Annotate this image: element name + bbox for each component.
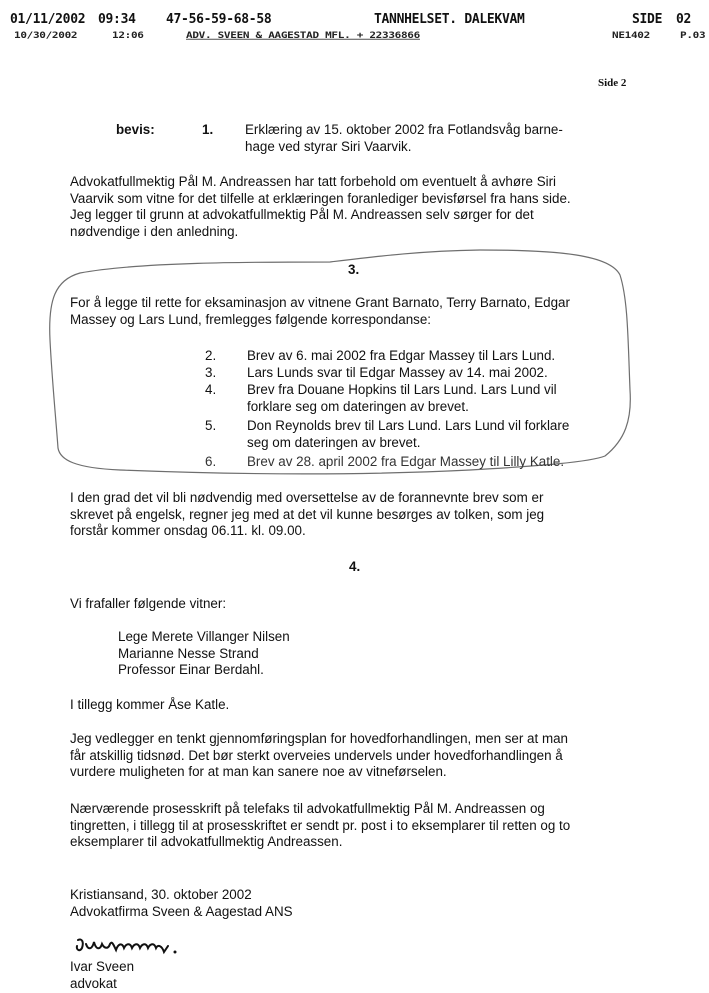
section-3-intro: For å legge til rette for eksaminasjon a… [70,295,670,328]
signatory-title: advokat [70,976,670,993]
list-item-number: 4. [205,382,245,399]
witness-name: Professor Einar Berdahl. [118,662,290,679]
page-label: Side 2 [598,77,626,89]
text-line: For å legge til rette for eksaminasjon a… [70,295,670,312]
evidence-text-2: hage ved styrar Siri Vaarvik. [245,139,411,156]
text-line: Vaarvik som vitne for det tilfelle at er… [70,191,670,208]
paragraph-distribution: Nærværende prosesskrift på telefaks til … [70,801,670,851]
fax-page-label: SIDE [632,12,662,27]
evidence-text-1: Erklæring av 15. oktober 2002 fra Fotlan… [245,122,563,139]
fax-page-number: 02 [676,12,691,27]
list-item-number: 6. [205,454,245,471]
list-item-text: Brev av 28. april 2002 fra Edgar Massey … [247,454,627,471]
text-line: får atskillig tidsnød. Det bør sterkt ov… [70,748,670,765]
place-date: Kristiansand, 30. oktober 2002 [70,887,670,904]
text-line: Jeg vedlegger en tenkt gjennomføringspla… [70,731,670,748]
signatory: Ivar Sveen advokat [70,959,670,992]
text-line: eksemplarer til advokatfullmektig Andrea… [70,834,670,851]
fax2-time: 12:06 [112,30,144,40]
fax-time: 09:34 [98,12,136,27]
text-line: vurdere muligheten for at man kan sanere… [70,764,670,781]
text-line: nødvendige i den anledning. [70,224,670,241]
list-item-number: 5. [205,418,245,435]
fax2-sender: ADV. SVEEN & AAGESTAD MFL. + 22336866 [186,30,420,40]
text-line: Massey og Lars Lund, fremlegges følgende… [70,312,670,329]
waived-witness-list: Lege Merete Villanger Nilsen Marianne Ne… [118,629,290,679]
witness-name: Lege Merete Villanger Nilsen [118,629,290,646]
section-4-number: 4. [349,559,360,574]
list-item-text: Lars Lunds svar til Edgar Massey av 14. … [247,365,627,382]
text-line: forstår kommer onsdag 06.11. kl. 09.00. [70,523,670,540]
text-line: Nærværende prosesskrift på telefaks til … [70,801,670,818]
paragraph-plan: Jeg vedlegger en tenkt gjennomføringspla… [70,731,670,781]
section-4-intro: Vi frafaller følgende vitner: [70,596,670,613]
witness-addition: I tillegg kommer Åse Katle. [70,697,670,714]
list-item-text: forklare seg om dateringen av brevet. [247,399,627,416]
text-line: Jeg legger til grunn at advokatfullmekti… [70,207,670,224]
evidence-number: 1. [202,122,213,139]
paragraph-reservation: Advokatfullmektig Pål M. Andreassen har … [70,174,670,240]
fax2-date: 10/30/2002 [14,30,77,40]
list-item-number: 3. [205,365,245,382]
list-item-text: seg om dateringen av brevet. [247,435,627,452]
evidence-label: bevis: [116,122,155,139]
fax2-page: P.03 [680,30,705,40]
paragraph-translation: I den grad det vil bli nødvendig med ove… [70,490,670,540]
closing-block: Kristiansand, 30. oktober 2002 Advokatfi… [70,887,670,920]
list-item-text: Brev fra Douane Hopkins til Lars Lund. L… [247,382,627,399]
text-line: tingretten, i tillegg til at prosesskrif… [70,818,670,835]
text-line: skrevet på engelsk, regner jeg med at de… [70,507,670,524]
fax-number: 47-56-59-68-58 [166,12,271,27]
fax-date: 01/11/2002 [10,12,85,27]
text-line: Advokatfullmektig Pål M. Andreassen har … [70,174,670,191]
list-item-number: 2. [205,348,245,365]
fax2-ref: NE1402 [612,30,650,40]
list-item-text: Brev av 6. mai 2002 fra Edgar Massey til… [247,348,627,365]
witness-name: Marianne Nesse Strand [118,646,290,663]
list-item-text: Don Reynolds brev til Lars Lund. Lars Lu… [247,418,627,435]
fax-sender: TANNHELSET. DALEKVAM [374,12,525,27]
signatory-name: Ivar Sveen [70,959,670,976]
signature [74,934,194,960]
text-line: I den grad det vil bli nødvendig med ove… [70,490,670,507]
firm-name: Advokatfirma Sveen & Aagestad ANS [70,904,670,921]
section-3-number: 3. [348,262,359,277]
